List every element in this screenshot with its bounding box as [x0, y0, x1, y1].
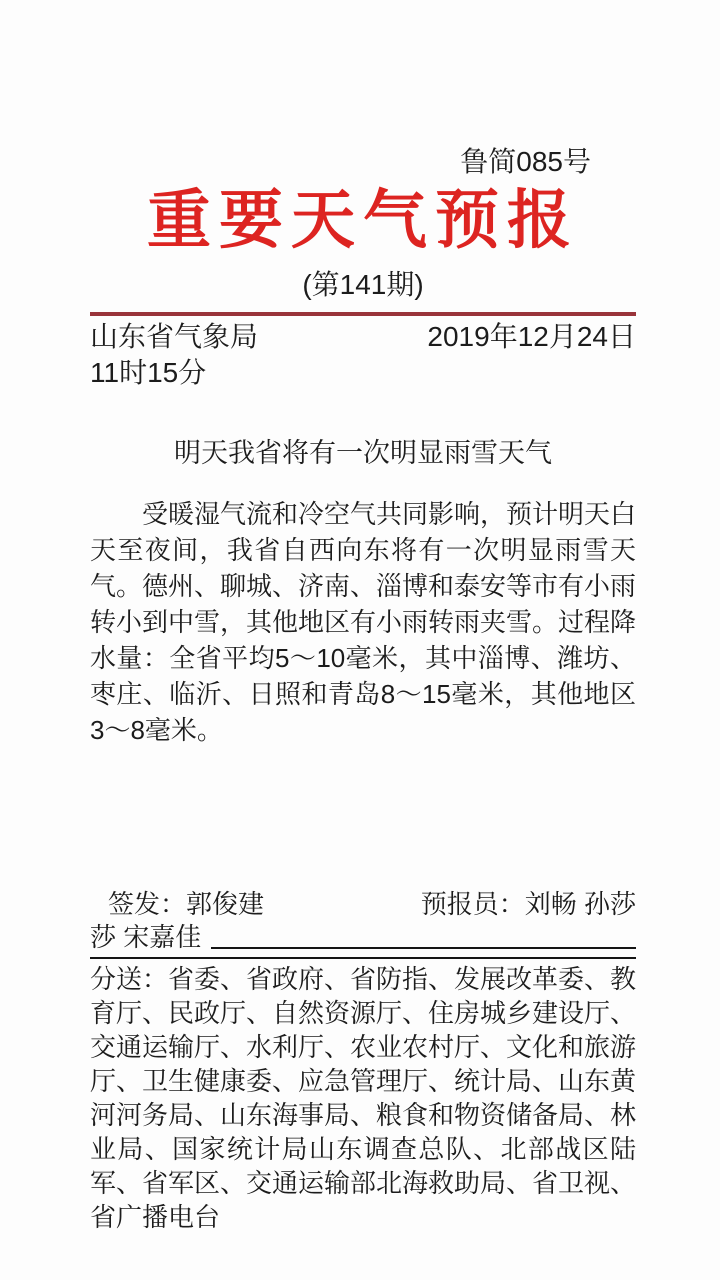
issue-number: (第141期): [90, 268, 636, 302]
signoff-block: 签发：郭俊建 预报员：刘畅 孙莎 莎 宋嘉佳: [90, 888, 636, 954]
document-page: 鲁简085号 重要天气预报 (第141期) 山东省气象局 2019年12月24日…: [0, 0, 720, 1280]
meta-block: 山东省气象局 2019年12月24日 11时15分: [90, 319, 636, 391]
forecaster-names-overflow: 莎 宋嘉佳: [90, 921, 201, 954]
black-divider: [90, 957, 636, 959]
issue-time: 11时15分: [90, 355, 636, 391]
signature-rule: [211, 947, 636, 949]
red-divider: [90, 312, 636, 316]
document-title: 重要天气预报: [90, 184, 636, 256]
issue-date: 2019年12月24日: [427, 319, 636, 355]
agency-name: 山东省气象局: [90, 319, 258, 355]
distribution-list: 分送：省委、省政府、省防指、发展改革委、教育厅、民政厅、自然资源厅、住房城乡建设…: [90, 962, 636, 1234]
forecast-headline: 明天我省将有一次明显雨雪天气: [90, 437, 636, 469]
forecaster-names: 预报员：刘畅 孙莎: [421, 888, 636, 921]
doc-number: 鲁简085号: [90, 146, 636, 178]
issuer-name: 签发：郭俊建: [108, 888, 264, 921]
forecast-paragraph: 受暖湿气流和冷空气共同影响，预计明天白天至夜间，我省自西向东将有一次明显雨雪天气…: [90, 496, 636, 748]
